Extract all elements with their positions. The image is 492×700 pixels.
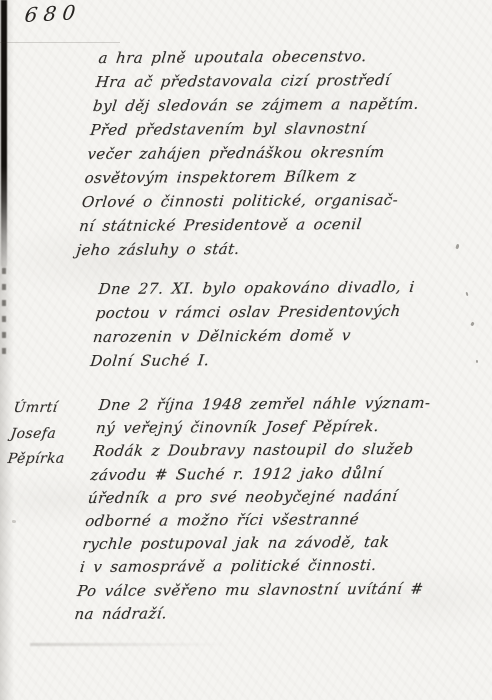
handwritten-line: jeho zásluhy o stát. <box>75 235 470 262</box>
margin-note-line: Úmrtí <box>12 395 99 421</box>
paragraph-obituary: Dne 2 října 1948 zemřel náhle význam- ný… <box>73 391 492 626</box>
handwritten-line: večer zahájen přednáškou okresním <box>86 139 481 166</box>
ink-speck <box>476 360 478 363</box>
scan-artifact-line <box>0 42 120 43</box>
handwritten-line: ní státnické Presidentově a ocenil <box>78 211 473 238</box>
handwritten-line: na nádraží. <box>73 600 468 626</box>
handwritten-line: ný veřejný činovník Josef Pěpírek. <box>95 414 490 440</box>
handwritten-line: poctou v rámci oslav Presidentových <box>94 298 489 325</box>
paragraph-repeat-performance: Dne 27. XI. bylo opakováno divadlo, i po… <box>89 274 492 373</box>
binding-edge <box>1 0 7 268</box>
handwritten-line: byl děj sledován se zájmem a napětím. <box>92 91 487 118</box>
handwritten-line: rychle postupoval jak na závodě, tak <box>81 530 476 556</box>
handwritten-line: odborné a možno říci všestranné <box>84 507 479 533</box>
margin-note-line: Josefa <box>9 421 96 447</box>
handwritten-line: Hra ač představovala cizí prostředí <box>94 67 489 94</box>
handwritten-line: Před představením byl slavnostní <box>89 115 484 142</box>
handwritten-line: Orlové o činnosti politické, organisač- <box>81 187 476 214</box>
handwritten-line: závodu # Suché r. 1912 jako důlní <box>89 461 484 487</box>
handwritten-line: narozenin v Dělnickém domě v <box>92 322 487 349</box>
handwritten-line: Dolní Suché I. <box>89 346 484 373</box>
handwritten-line: i v samosprávě a politické činnosti. <box>79 554 474 580</box>
scan-smudge <box>30 643 235 646</box>
binding-edge-fade <box>2 268 6 358</box>
handwritten-line: Dne 27. XI. bylo opakováno divadlo, i <box>97 274 492 301</box>
paragraph-theatre-performance: a hra plně upoutala obecenstvo. Hra ač p… <box>75 43 492 262</box>
handwritten-line: osvětovým inspektorem Bílkem z <box>83 163 478 190</box>
scanned-page: 680 a hra plně upoutala obecenstvo. Hra … <box>0 0 492 700</box>
handwritten-line: Dne 2 října 1948 zemřel náhle význam- <box>97 391 492 417</box>
margin-note-death-of-josef-pepirek: Úmrtí Josefa Pěpírka <box>6 395 99 472</box>
margin-note-line: Pěpírka <box>6 446 93 472</box>
page-number: 680 <box>23 0 82 27</box>
handwritten-line: Po válce svěřeno mu slavnostní uvítání # <box>76 577 471 603</box>
handwritten-line: Rodák z Doubravy nastoupil do služeb <box>92 438 487 464</box>
ink-speck <box>12 520 16 523</box>
handwritten-line: a hra plně upoutala obecenstvo. <box>97 43 492 70</box>
handwritten-line: úředník a pro své neobyčejné nadání <box>87 484 482 510</box>
